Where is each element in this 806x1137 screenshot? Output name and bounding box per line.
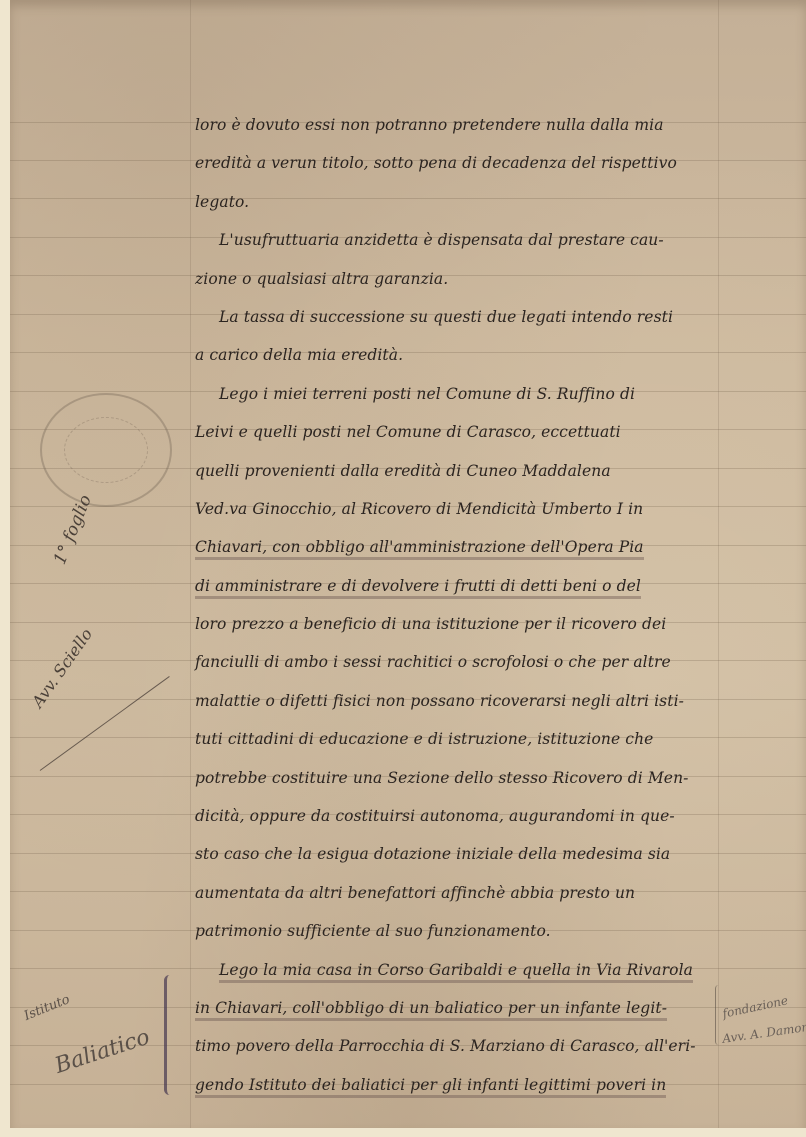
text-line: potrebbe costituire una Sezione dello st…	[195, 759, 725, 797]
text-line underlined-line: di amministrare e di devolvere i frutti …	[195, 567, 725, 605]
text-line: zione o qualsiasi altra garanzia.	[195, 260, 725, 298]
text-line: quelli provenienti dalla eredità di Cune…	[195, 452, 725, 490]
text-line: fanciulli di ambo i sessi rachitici o sc…	[195, 643, 725, 681]
text-line: eredità a verun titolo, sotto pena di de…	[195, 144, 725, 182]
text-line underlined-line: in Chiavari, coll'obbligo di un baliatic…	[195, 989, 725, 1027]
text-line underlined-line: Lego la mia casa in Corso Garibaldi e qu…	[195, 951, 725, 989]
text-line: La tassa di successione su questi due le…	[195, 298, 725, 336]
text-line: timo povero della Parrocchia di S. Marzi…	[195, 1027, 725, 1065]
pencil-brace-mark	[715, 985, 722, 1045]
text-line: loro è dovuto essi non potranno pretende…	[195, 106, 725, 144]
text-line: tuti cittadini di educazione e di istruz…	[195, 720, 725, 758]
underlined-text: in Chiavari, coll'obbligo di un baliatic…	[195, 999, 667, 1021]
text-line: L'usufruttuaria anzidetta è dispensata d…	[195, 221, 725, 259]
text-line: Leivi e quelli posti nel Comune di Caras…	[195, 413, 725, 451]
text-line: a carico della mia eredità.	[195, 336, 725, 374]
text-line: aumentata da altri benefattori affinchè …	[195, 874, 725, 912]
document-body: loro è dovuto essi non potranno pretende…	[195, 106, 725, 1104]
text-line: sto caso che la esigua dotazione inizial…	[195, 835, 725, 873]
seal-inner-ring	[64, 417, 148, 483]
left-margin-line	[190, 0, 191, 1128]
text-line underlined-line: gendo Istituto dei baliatici per gli inf…	[195, 1066, 725, 1104]
underlined-text: gendo Istituto dei baliatici per gli inf…	[195, 1076, 666, 1098]
underlined-text: di amministrare e di devolvere i frutti …	[195, 577, 641, 599]
text-line: dicità, oppure da costituirsi autonoma, …	[195, 797, 725, 835]
underlined-text: Lego la mia casa in Corso Garibaldi e qu…	[219, 961, 693, 983]
underlined-text: Chiavari, con obbligo all'amministrazion…	[195, 538, 644, 560]
text-line: patrimonio sufficiente al suo funzioname…	[195, 912, 725, 950]
text-line: malattie o difetti fisici non possano ri…	[195, 682, 725, 720]
text-line: Ved.va Ginocchio, al Ricovero di Mendici…	[195, 490, 725, 528]
text-line: loro prezzo a beneficio di una istituzio…	[195, 605, 725, 643]
text-line underlined-line: Chiavari, con obbligo all'amministrazion…	[195, 528, 725, 566]
text-line: Lego i miei terreni posti nel Comune di …	[195, 375, 725, 413]
purple-brace-mark	[164, 975, 175, 1095]
official-seal-stamp	[40, 393, 172, 507]
text-line: legato.	[195, 183, 725, 221]
